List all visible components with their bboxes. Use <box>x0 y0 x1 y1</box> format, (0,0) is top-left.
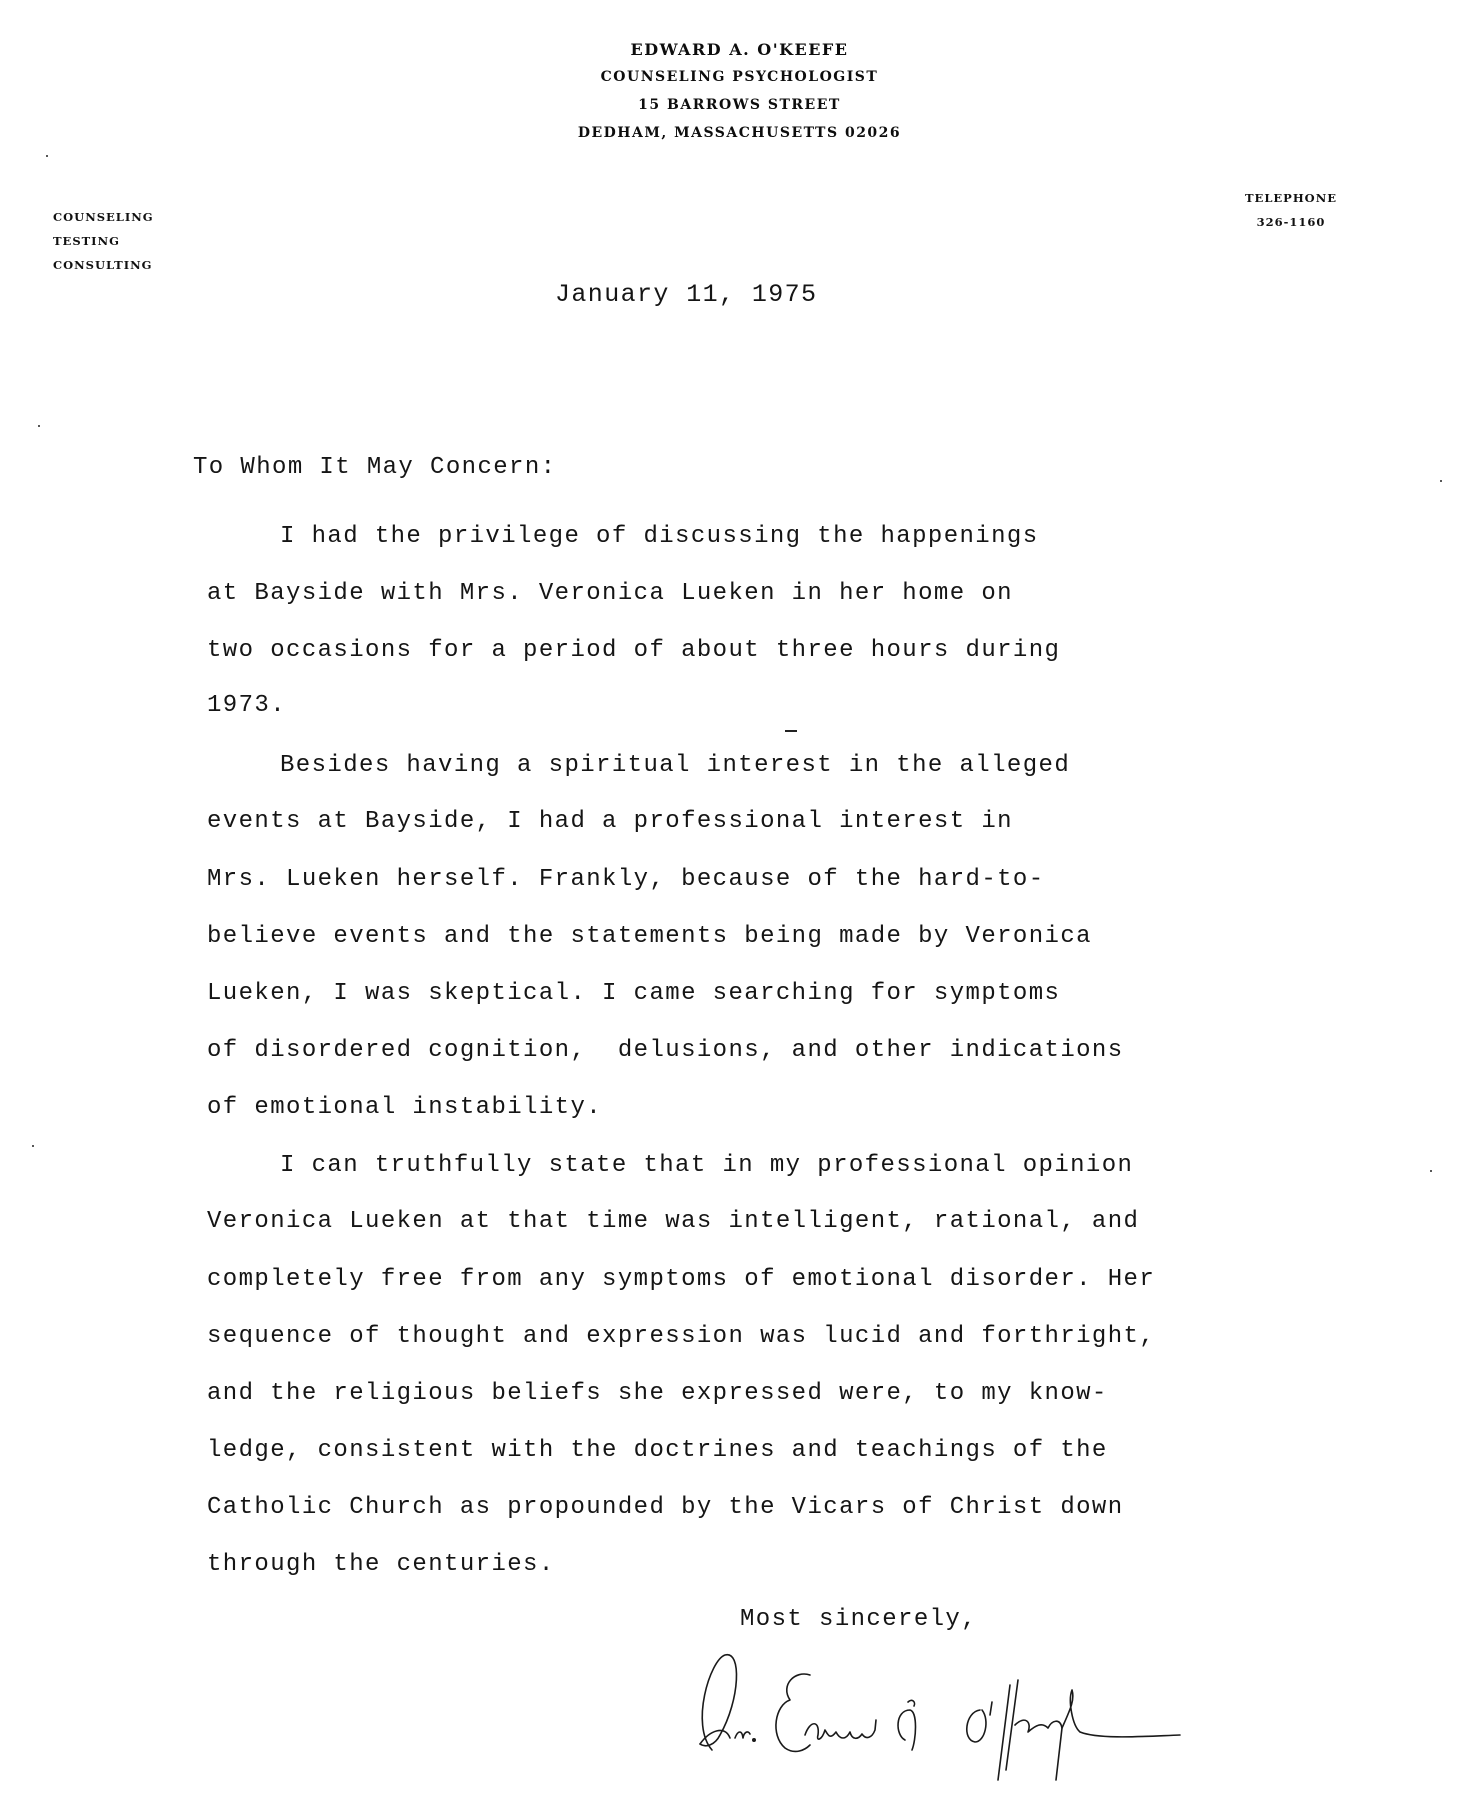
body-line: completely free from any symptoms of emo… <box>207 1266 1155 1293</box>
closing: Most sincerely, <box>740 1606 977 1633</box>
body-line: events at Bayside, I had a professional … <box>207 808 1013 835</box>
body-line: at Bayside with Mrs. Veronica Lueken in … <box>207 580 1013 607</box>
body-line: Catholic Church as propounded by the Vic… <box>207 1494 1124 1521</box>
service-counseling: COUNSELING <box>53 205 154 229</box>
body-line: Veronica Lueken at that time was intelli… <box>207 1208 1139 1235</box>
telephone-label: TELEPHONE <box>1245 186 1337 210</box>
letter-page: EDWARD A. O'KEEFE COUNSELING PSYCHOLOGIS… <box>0 0 1479 1813</box>
body-line: and the religious beliefs she expressed … <box>207 1380 1108 1407</box>
service-testing: TESTING <box>53 229 154 253</box>
salutation: To Whom It May Concern: <box>193 454 556 481</box>
body-line: I had the privilege of discussing the ha… <box>280 523 1039 550</box>
letterhead-title: COUNSELING PSYCHOLOGIST <box>0 69 1479 85</box>
letterhead-name: EDWARD A. O'KEEFE <box>0 40 1479 59</box>
body-line: through the centuries. <box>207 1551 555 1578</box>
body-line: I can truthfully state that in my profes… <box>280 1152 1133 1179</box>
body-line: Mrs. Lueken herself. Frankly, because of… <box>207 866 1045 893</box>
body-line: 1973. <box>207 692 286 719</box>
body-line: Lueken, I was skeptical. I came searchin… <box>207 980 1060 1007</box>
telephone-number: 326-1160 <box>1245 210 1337 234</box>
body-line: of emotional instability. <box>207 1094 602 1121</box>
body-line: believe events and the statements being … <box>207 923 1092 950</box>
services-list: COUNSELING TESTING CONSULTING <box>53 205 154 277</box>
body-line: Besides having a spiritual interest in t… <box>280 752 1070 779</box>
service-consulting: CONSULTING <box>53 253 154 277</box>
telephone-block: TELEPHONE 326-1160 <box>1245 186 1337 234</box>
body-line: two occasions for a period of about thre… <box>207 637 1060 664</box>
letterhead-street: 15 BARROWS STREET <box>0 97 1479 113</box>
letterhead-city: DEDHAM, MASSACHUSETTS 02026 <box>0 125 1479 141</box>
body-line: ledge, consistent with the doctrines and… <box>207 1437 1108 1464</box>
body-line: of disordered cognition, delusions, and … <box>207 1037 1124 1064</box>
body-line: sequence of thought and expression was l… <box>207 1323 1155 1350</box>
handwritten-signature <box>680 1640 1280 1790</box>
letter-date: January 11, 1975 <box>555 280 817 309</box>
